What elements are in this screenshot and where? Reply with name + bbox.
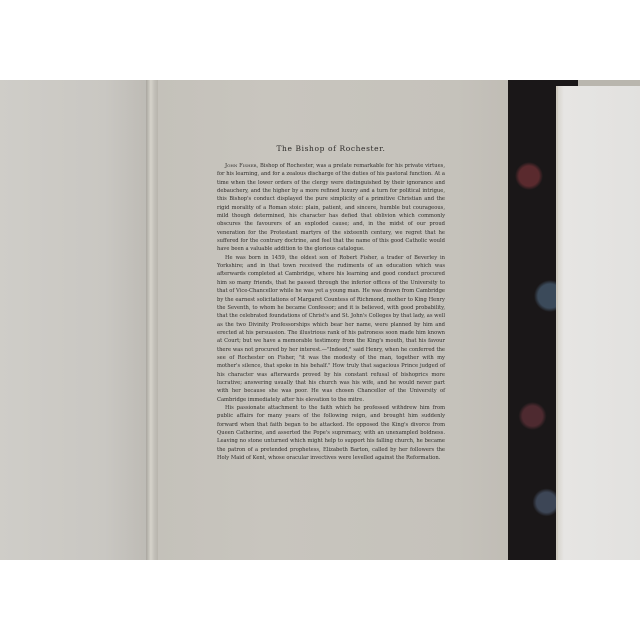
left-blank-page: [0, 80, 150, 560]
book-photo: The Bishop of Rochester. John Fisher, Bi…: [0, 80, 640, 560]
paragraph-3: His passionate attachment to the faith w…: [217, 404, 445, 462]
paragraph-1: John Fisher, Bishop of Rochester, was a …: [217, 162, 445, 254]
page-text-block: The Bishop of Rochester. John Fisher, Bi…: [217, 144, 445, 462]
paragraph-lead: John Fisher,: [225, 163, 258, 169]
paragraph-text: Bishop of Rochester, was a prelate remar…: [217, 163, 445, 252]
book-gutter: [146, 80, 158, 560]
paragraph-2: He was born in 1459, the oldest son of R…: [217, 254, 445, 404]
page-title: The Bishop of Rochester.: [217, 144, 445, 153]
white-board: [556, 86, 640, 560]
